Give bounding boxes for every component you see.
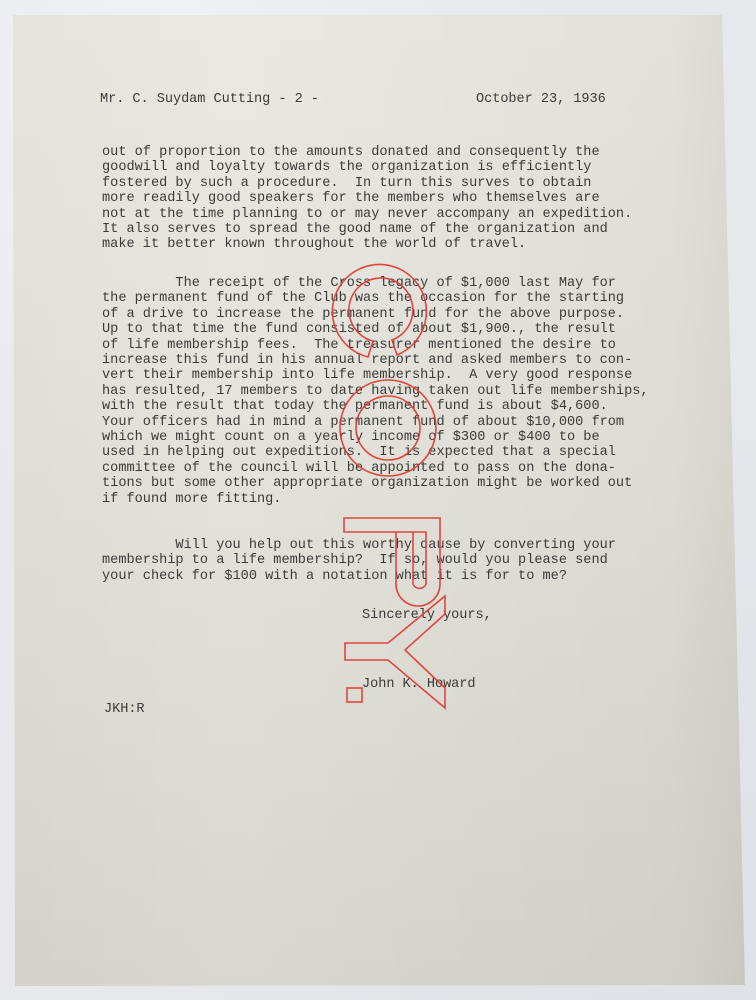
paragraph-line: your check for $100 with a notation what… xyxy=(102,569,616,584)
paragraph-line: increase this fund in his annual report … xyxy=(102,353,649,368)
paragraph-line: out of proportion to the amounts donated… xyxy=(102,145,632,160)
paragraph-line: has resulted, 17 members to date having … xyxy=(102,384,649,399)
paragraph-line: which we might count on a yearly income … xyxy=(102,430,649,445)
paragraph-line: fostered by such a procedure. In turn th… xyxy=(102,176,632,191)
paragraph-line: Up to that time the fund consisted of ab… xyxy=(102,322,649,337)
paragraph-1: out of proportion to the amounts donated… xyxy=(102,145,632,253)
paragraph-line: tions but some other appropriate organiz… xyxy=(102,476,649,491)
header-recipient-page: Mr. C. Suydam Cutting - 2 - xyxy=(100,92,319,107)
paragraph-line: not at the time planning to or may never… xyxy=(102,207,632,222)
paragraph-line: of a drive to increase the permanent fun… xyxy=(102,307,649,322)
paragraph-line: used in helping out expeditions. It is e… xyxy=(102,445,649,460)
typist-initials: JKH:R xyxy=(104,702,145,717)
paragraph-line: committee of the council will be appoint… xyxy=(102,461,649,476)
paragraph-line: membership to a life membership? If so, … xyxy=(102,553,616,568)
paragraph-line: make it better known throughout the worl… xyxy=(102,237,632,252)
paragraph-line: Your officers had in mind a permanent fu… xyxy=(102,415,649,430)
paragraph-line: It also serves to spread the good name o… xyxy=(102,222,632,237)
paragraph-line: if found more fitting. xyxy=(102,492,649,507)
paragraph-line: the permanent fund of the Club was the o… xyxy=(102,291,649,306)
paragraph-line: with the result that today the permanent… xyxy=(102,399,649,414)
header-date: October 23, 1936 xyxy=(476,92,606,107)
paragraph-3: Will you help out this worthy cause by c… xyxy=(102,538,616,584)
paragraph-line: goodwill and loyalty towards the organiz… xyxy=(102,160,632,175)
paragraph-line: vert their membership into life membersh… xyxy=(102,368,649,383)
closing-salutation: Sincerely yours, xyxy=(362,608,492,623)
paragraph-line: more readily good speakers for the membe… xyxy=(102,191,632,206)
paragraph-2: The receipt of the Cross legacy of $1,00… xyxy=(102,276,649,507)
paragraph-line: The receipt of the Cross legacy of $1,00… xyxy=(102,276,649,291)
paragraph-line: Will you help out this worthy cause by c… xyxy=(102,538,616,553)
signature-name: John K. Howard xyxy=(362,677,476,692)
paragraph-line: of life membership fees. The treasurer m… xyxy=(102,338,649,353)
